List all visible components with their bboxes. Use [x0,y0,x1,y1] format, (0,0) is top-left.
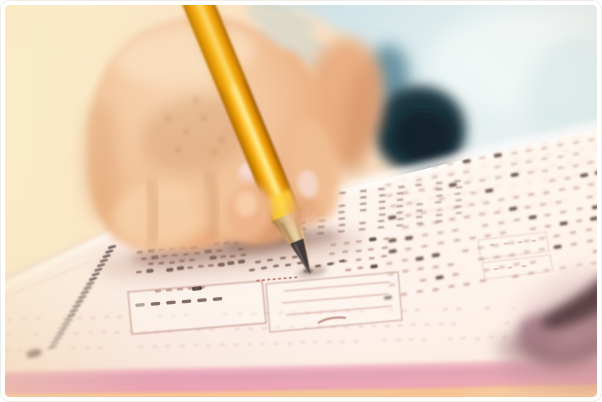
exam-photo: Close-up photograph of a hand holding a … [0,0,602,402]
vignette [0,0,602,402]
exam-photo-svg [0,0,602,402]
